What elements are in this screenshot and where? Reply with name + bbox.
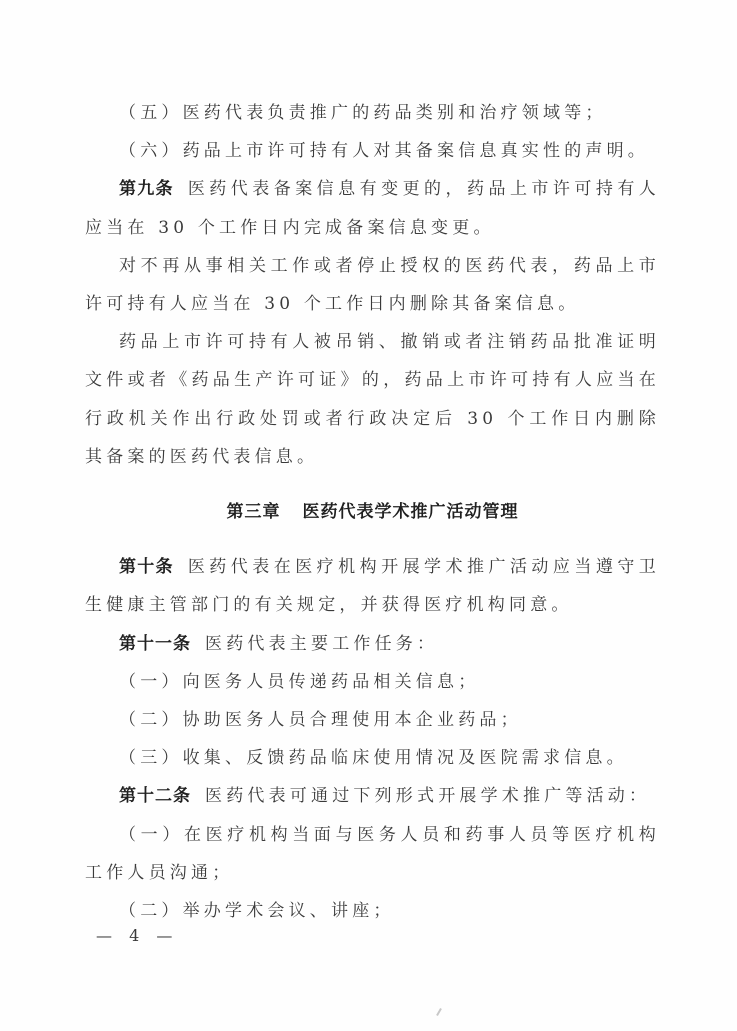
- article-heading: 第十一条: [119, 634, 191, 654]
- article-text: 医药代表主要工作任务：: [205, 634, 438, 654]
- article-10: 第十条医药代表在医疗机构开展学术推广活动应当遵守卫生健康主管部门的有关规定，并获…: [85, 548, 660, 624]
- document-page: （五）医药代表负责推广的药品类别和治疗领域等； （六）药品上市许可持有人对其备案…: [0, 0, 737, 1031]
- article-text: 医药代表可通过下列形式开展学术推广等活动：: [205, 786, 650, 806]
- article-heading: 第九条: [119, 179, 174, 199]
- list-item-5: （五）医药代表负责推广的药品类别和治疗领域等；: [85, 94, 660, 132]
- paragraph: 药品上市许可持有人被吊销、撤销或者注销药品批准证明文件或者《药品生产许可证》的，…: [85, 323, 660, 476]
- scan-mark: [436, 1008, 442, 1016]
- chapter-number: 第三章: [227, 502, 281, 522]
- paragraph: 对不再从事相关工作或者停止授权的医药代表，药品上市许可持有人应当在 30 个工作…: [85, 247, 660, 323]
- list-item-1: （一）向医务人员传递药品相关信息；: [85, 663, 660, 701]
- document-body: （五）医药代表负责推广的药品类别和治疗领域等； （六）药品上市许可持有人对其备案…: [85, 94, 660, 930]
- article-12: 第十二条医药代表可通过下列形式开展学术推广等活动：: [85, 777, 660, 815]
- list-item-2: （二）协助医务人员合理使用本企业药品；: [85, 701, 660, 739]
- list-item-1: （一）在医疗机构当面与医务人员和药事人员等医疗机构工作人员沟通；: [85, 816, 660, 892]
- article-9: 第九条医药代表备案信息有变更的，药品上市许可持有人应当在 30 个工作日内完成备…: [85, 170, 660, 246]
- article-heading: 第十条: [119, 557, 174, 577]
- list-item-6: （六）药品上市许可持有人对其备案信息真实性的声明。: [85, 132, 660, 170]
- chapter-title: 医药代表学术推广活动管理: [303, 502, 519, 522]
- article-11: 第十一条医药代表主要工作任务：: [85, 625, 660, 663]
- chapter-heading: 第三章医药代表学术推广活动管理: [85, 493, 660, 531]
- list-item-3: （三）收集、反馈药品临床使用情况及医院需求信息。: [85, 739, 660, 777]
- article-heading: 第十二条: [119, 786, 191, 806]
- page-number: — 4 —: [96, 926, 178, 945]
- list-item-2: （二）举办学术会议、讲座；: [85, 892, 660, 930]
